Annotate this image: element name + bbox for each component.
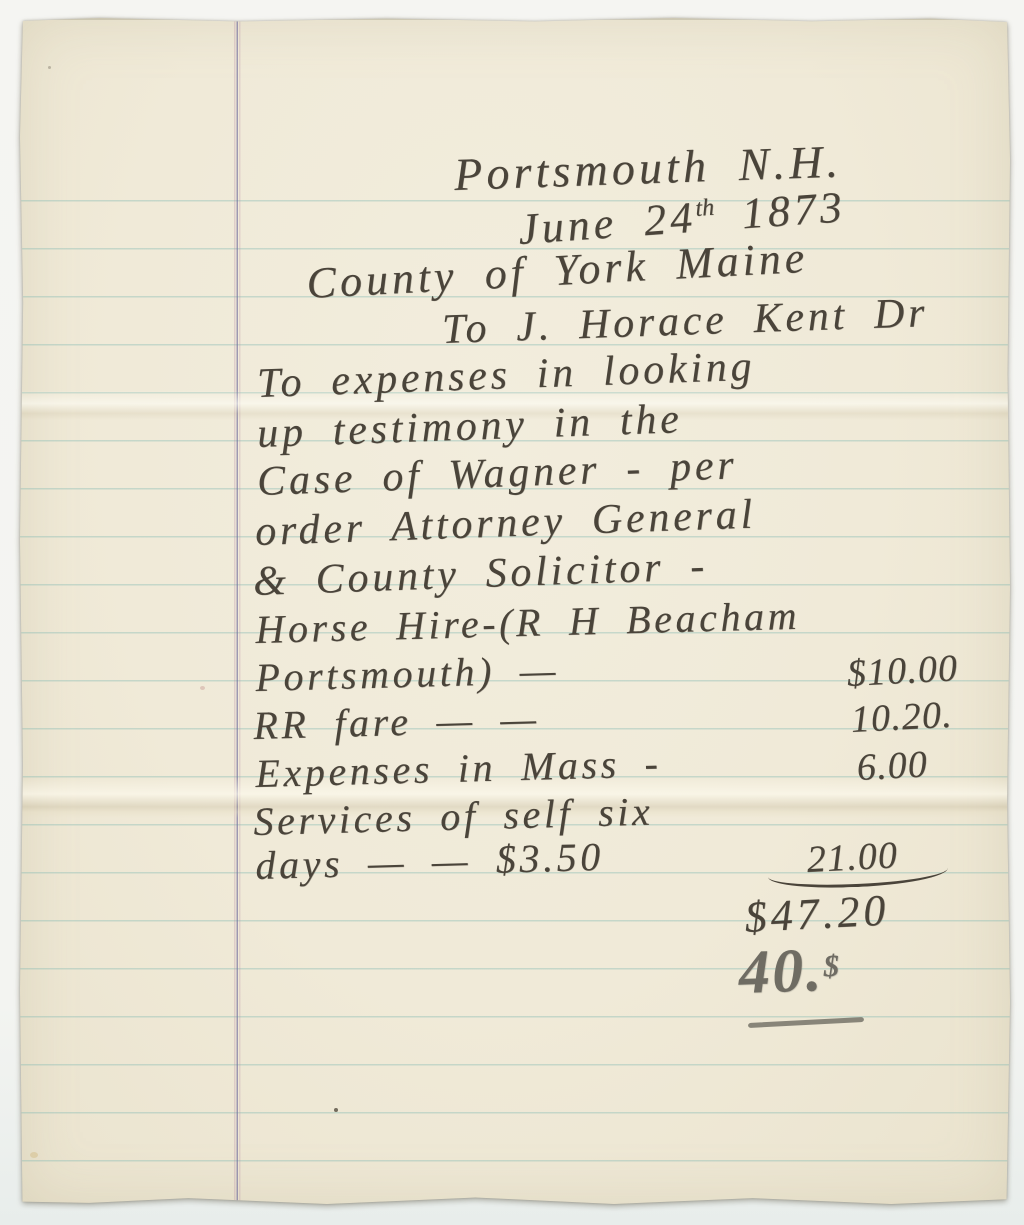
expense-item-horse-hire-label2: Portsmouth) — bbox=[255, 646, 560, 701]
sum-flourish-underline bbox=[768, 855, 949, 890]
date-ordinal: th bbox=[694, 194, 715, 222]
expense-item-services-label2: days — — $3.50 bbox=[255, 833, 605, 889]
pencil-dollar-symbol: $ bbox=[823, 948, 842, 984]
date-year: 1873 bbox=[740, 182, 847, 238]
expense-item-rr-fare-label: RR fare — — bbox=[253, 695, 540, 749]
expense-item-horse-hire-amount: $10.00 bbox=[846, 646, 959, 696]
pencil-underline bbox=[748, 1017, 864, 1028]
expense-item-rr-fare-amount: 10.20. bbox=[850, 693, 954, 742]
pencil-total: 40.$ bbox=[738, 934, 843, 1009]
expense-item-mass-expenses-amount: 6.00 bbox=[856, 742, 929, 790]
scan-background: Portsmouth N.H. June 24th 1873 County of… bbox=[0, 0, 1024, 1225]
pencil-total-value: 40. bbox=[738, 936, 825, 1007]
handwriting-layer: Portsmouth N.H. June 24th 1873 County of… bbox=[0, 0, 1024, 1225]
total-amount: $47.20 bbox=[743, 884, 890, 943]
